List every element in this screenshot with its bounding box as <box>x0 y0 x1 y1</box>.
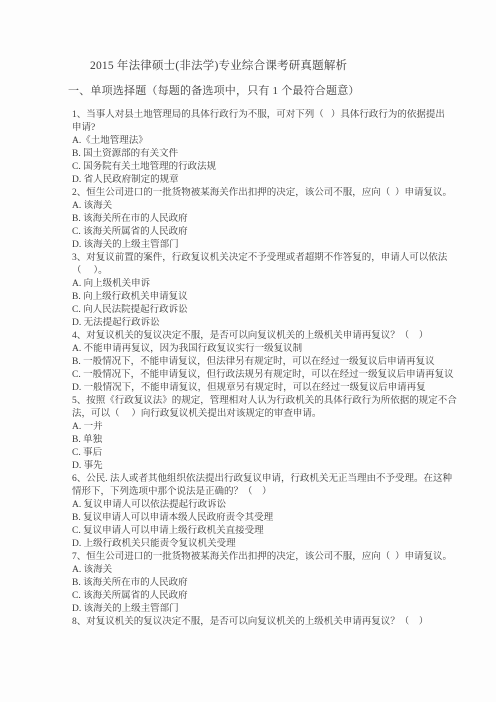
text-line: D. 该海关的上级主管部门 <box>72 603 466 616</box>
text-line: 7、恒生公司进口的一批货物被某海关作出扣押的决定，该公司不服，应向（ ）申请复议… <box>72 551 466 564</box>
text-line: 8、对复议机关的复议决定不服，是否可以向复议机关的上级机关申请再复议？（ ） <box>72 616 466 629</box>
question-block: 1、当事人对县土地管理局的具体行政行为不服，可对下列（ ）具体行政行为的依据提出… <box>72 109 466 187</box>
text-line: D. 该海关的上级主管部门 <box>72 239 466 252</box>
text-line: B. 向上级行政机关申请复议 <box>72 291 466 304</box>
question-block: 4、对复议机关的复议决定不服，是否可以向复议机关的上级机关申请再复议？（ ）A.… <box>72 330 466 395</box>
question-block: 3、对复议前置的案件，行政复议机关决定不予受理或者超期不作答复的，申请人可以依法… <box>72 252 466 330</box>
text-line: B. 一般情况下，不能申请复议，但法律另有规定时，可以在经过一级复议后申请再复议 <box>72 356 466 369</box>
text-line: 6、公民. 法人或者其他组织依法提出行政复议申请，行政机关无正当理由不予受理。在… <box>72 473 466 486</box>
section-heading: 一、单项选择题（每题的备选项中，只有 1 个最符合题意） <box>68 85 360 98</box>
text-line: A. 复议申请人可以依法提起行政诉讼 <box>72 499 466 512</box>
text-line: C. 国务院有关土地管理的行政法规 <box>72 161 466 174</box>
question-block: 2、恒生公司进口的一批货物被某海关作出扣押的决定，该公司不服，应向（ ）申请复议… <box>72 187 466 252</box>
question-block: 6、公民. 法人或者其他组织依法提出行政复议申请，行政机关无正当理由不予受理。在… <box>72 473 466 551</box>
text-line: D. 无法提起行政诉讼 <box>72 317 466 330</box>
question-block: 5、按照《行政复议法》的规定，管理相对人认为行政机关的具体行政行为所依据的规定不… <box>72 395 466 473</box>
text-line: A. 一并 <box>72 421 466 434</box>
question-list: 1、当事人对县土地管理局的具体行政行为不服，可对下列（ ）具体行政行为的依据提出… <box>72 109 466 629</box>
question-block: 7、恒生公司进口的一批货物被某海关作出扣押的决定，该公司不服，应向（ ）申请复议… <box>72 551 466 616</box>
text-line: D. 上级行政机关只能责令复议机关受理 <box>72 538 466 551</box>
text-line: 3、对复议前置的案件，行政复议机关决定不予受理或者超期不作答复的，申请人可以依法 <box>72 252 466 265</box>
text-line: D. 省人民政府制定的规章 <box>72 174 466 187</box>
question-block: 8、对复议机关的复议决定不服，是否可以向复议机关的上级机关申请再复议？（ ） <box>72 616 466 629</box>
text-line: 5、按照《行政复议法》的规定，管理相对人认为行政机关的具体行政行为所依据的规定不… <box>72 395 466 408</box>
text-line: D. 一般情况下，不能申请复议，但规章另有规定时，可以在经过一级复议后申请再复 <box>72 382 466 395</box>
text-line: C. 向人民法院提起行政诉讼 <box>72 304 466 317</box>
text-line: A. 不能申请再复议，因为我国行政复议实行一级复议制 <box>72 343 466 356</box>
text-line: B. 复议申请人可以申请本级人民政府责令其受理 <box>72 512 466 525</box>
text-line: B. 国土资源部的有关文件 <box>72 148 466 161</box>
text-line: 2、恒生公司进口的一批货物被某海关作出扣押的决定，该公司不服，应向（ ）申请复议… <box>72 187 466 200</box>
document-title: 2015 年法律硕士(非法学)专业综合课考研真题解析 <box>90 60 347 73</box>
text-line: C. 复议申请人可以申请上级行政机关直接受理 <box>72 525 466 538</box>
text-line: D. 事先 <box>72 460 466 473</box>
text-line: B. 该海关所在市的人民政府 <box>72 577 466 590</box>
text-line: 1、当事人对县土地管理局的具体行政行为不服，可对下列（ ）具体行政行为的依据提出 <box>72 109 466 122</box>
text-line: （ ）。 <box>72 265 466 278</box>
text-line: 法，可以（ ）向行政复议机关提出对该规定的审查申请。 <box>72 408 466 421</box>
text-line: 申请? <box>72 122 466 135</box>
text-line: 4、对复议机关的复议决定不服，是否可以向复议机关的上级机关申请再复议？（ ） <box>72 330 466 343</box>
text-line: A. 该海关 <box>72 200 466 213</box>
text-line: A. 该海关 <box>72 564 466 577</box>
text-line: 情形下，下列选项中那个说法是正确的？（ ） <box>72 486 466 499</box>
text-line: C. 该海关所属省的人民政府 <box>72 590 466 603</box>
text-line: C. 一般情况下，不能申请复议，但行政法规另有规定时，可以在经过一级复议后申请再… <box>72 369 466 382</box>
document-page: 2015 年法律硕士(非法学)专业综合课考研真题解析 一、单项选择题（每题的备选… <box>0 0 496 702</box>
text-line: A.《土地管理法》 <box>72 135 466 148</box>
text-line: B. 该海关所在市的人民政府 <box>72 213 466 226</box>
text-line: C. 事后 <box>72 447 466 460</box>
text-line: B. 单独 <box>72 434 466 447</box>
text-line: A. 向上级机关申诉 <box>72 278 466 291</box>
text-line: C. 该海关所属省的人民政府 <box>72 226 466 239</box>
